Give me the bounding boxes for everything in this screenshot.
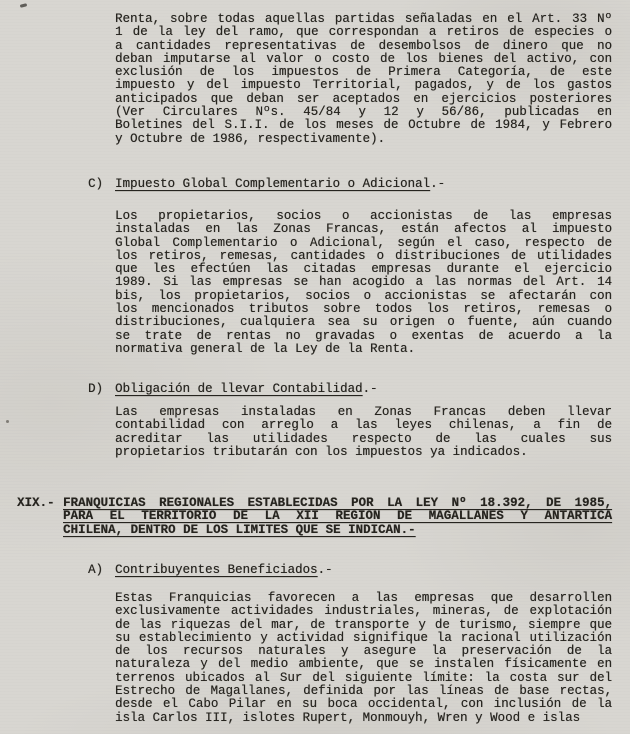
text-line: desde el Cabo Pilar en su boca occidenta… xyxy=(115,698,612,711)
text-line: de los recursos naturales y asegure la p… xyxy=(115,645,612,658)
section-c-title: Impuesto Global Complementario o Adicion… xyxy=(115,177,430,191)
section-xix-numeral: XIX.- xyxy=(17,497,55,510)
text-line: instaladas en las Zonas Francas, están a… xyxy=(115,223,612,236)
section-d-title-suffix: .- xyxy=(363,382,378,396)
text-line: Los propietarios, socios o accionistas d… xyxy=(115,210,612,223)
section-a-title: Contribuyentes Beneficiados xyxy=(115,563,318,577)
paragraph-intro: Renta, sobre todas aquellas partidas señ… xyxy=(115,13,612,146)
paragraph-section-d: Las empresas instaladas en Zonas Francas… xyxy=(115,406,612,459)
scan-speck xyxy=(20,3,28,8)
text-line: (Ver Circulares Nºs. 45/84 y 12 y 56/86,… xyxy=(115,106,612,119)
text-line: a cantidades representativas de desembol… xyxy=(115,40,612,53)
text-line: CHILENA, DENTRO DE LOS LIMITES QUE SE IN… xyxy=(63,524,612,537)
paragraph-section-a: Estas Franquicias favorecen a las empres… xyxy=(115,592,612,725)
text-line: anticipados que deban ser aceptados en e… xyxy=(115,93,612,106)
text-line: PARA EL TERRITORIO DE LA XII REGION DE M… xyxy=(63,510,612,523)
text-line: Estas Franquicias favorecen a las empres… xyxy=(115,592,612,605)
text-line: contabilidad con arreglo a las leyes chi… xyxy=(115,419,612,432)
text-line: impuesto y del impuesto Territorial, pag… xyxy=(115,79,612,92)
text-line: 1989. Si las empresas se han acogido a l… xyxy=(115,276,612,289)
text-line: que les efectúen las citadas empresas du… xyxy=(115,263,612,276)
section-c-title-suffix: .- xyxy=(430,177,445,191)
text-line: de las riquezas del mar, de transporte y… xyxy=(115,619,612,632)
text-line: 1 de la ley del ramo, que correspondan a… xyxy=(115,26,612,39)
section-a-letter: A) xyxy=(88,564,115,577)
section-d-heading: D)Obligación de llevar Contabilidad.- xyxy=(88,383,612,396)
document-page: Renta, sobre todas aquellas partidas señ… xyxy=(0,0,630,734)
section-a-heading: A)Contribuyentes Beneficiados.- xyxy=(88,564,612,577)
text-line: distribuciones, cualquiera sea su origen… xyxy=(115,316,612,329)
text-line: terrenos ubicados al Sur del siguiente l… xyxy=(115,672,612,685)
text-line: Las empresas instaladas en Zonas Francas… xyxy=(115,406,612,419)
text-line: normativa general de la Ley de la Renta. xyxy=(115,343,612,356)
text-line: acreditar las utilidades respecto de las… xyxy=(115,433,612,446)
text-line: Global Complementario o Adicional, según… xyxy=(115,237,612,250)
text-line: propietarios tributarán con los impuesto… xyxy=(115,446,612,459)
text-line: Boletines del S.I.I. de los meses de Oct… xyxy=(115,119,612,132)
scan-speck xyxy=(6,420,9,423)
section-xix-heading: XIX.- FRANQUICIAS REGIONALES ESTABLECIDA… xyxy=(17,497,612,537)
text-line: Renta, sobre todas aquellas partidas señ… xyxy=(115,13,612,26)
text-line: bis, los propietarios, socios o accionis… xyxy=(115,290,612,303)
text-line: deban imputarse al valor o costo de los … xyxy=(115,53,612,66)
text-line: exclusión de los impuestos de Primera Ca… xyxy=(115,66,612,79)
section-c-letter: C) xyxy=(88,178,115,191)
text-line: los mencionados tributos sobre todos los… xyxy=(115,303,612,316)
text-line: Estrecho de Magallanes, definida por las… xyxy=(115,685,612,698)
text-line: su establecimiento y actividad signifiqu… xyxy=(115,632,612,645)
section-c-heading: C)Impuesto Global Complementario o Adici… xyxy=(88,178,612,191)
section-xix-title: FRANQUICIAS REGIONALES ESTABLECIDAS POR … xyxy=(63,497,612,537)
text-line: exclusivamente actividades industriales,… xyxy=(115,605,612,618)
text-line: y Octubre de 1986, respectivamente). xyxy=(115,133,612,146)
text-line: los retiros, remesas, cantidades o distr… xyxy=(115,250,612,263)
text-line: FRANQUICIAS REGIONALES ESTABLECIDAS POR … xyxy=(63,497,612,510)
text-line: se trate de rentas no gravadas o exentas… xyxy=(115,330,612,343)
text-line: isla Carlos III, islotes Rupert, Monmouy… xyxy=(115,712,612,725)
text-line: naturaleza y del medio ambiente, que se … xyxy=(115,658,612,671)
section-d-title: Obligación de llevar Contabilidad xyxy=(115,382,363,396)
section-d-letter: D) xyxy=(88,383,115,396)
paragraph-section-c: Los propietarios, socios o accionistas d… xyxy=(115,210,612,356)
section-a-title-suffix: .- xyxy=(318,563,333,577)
